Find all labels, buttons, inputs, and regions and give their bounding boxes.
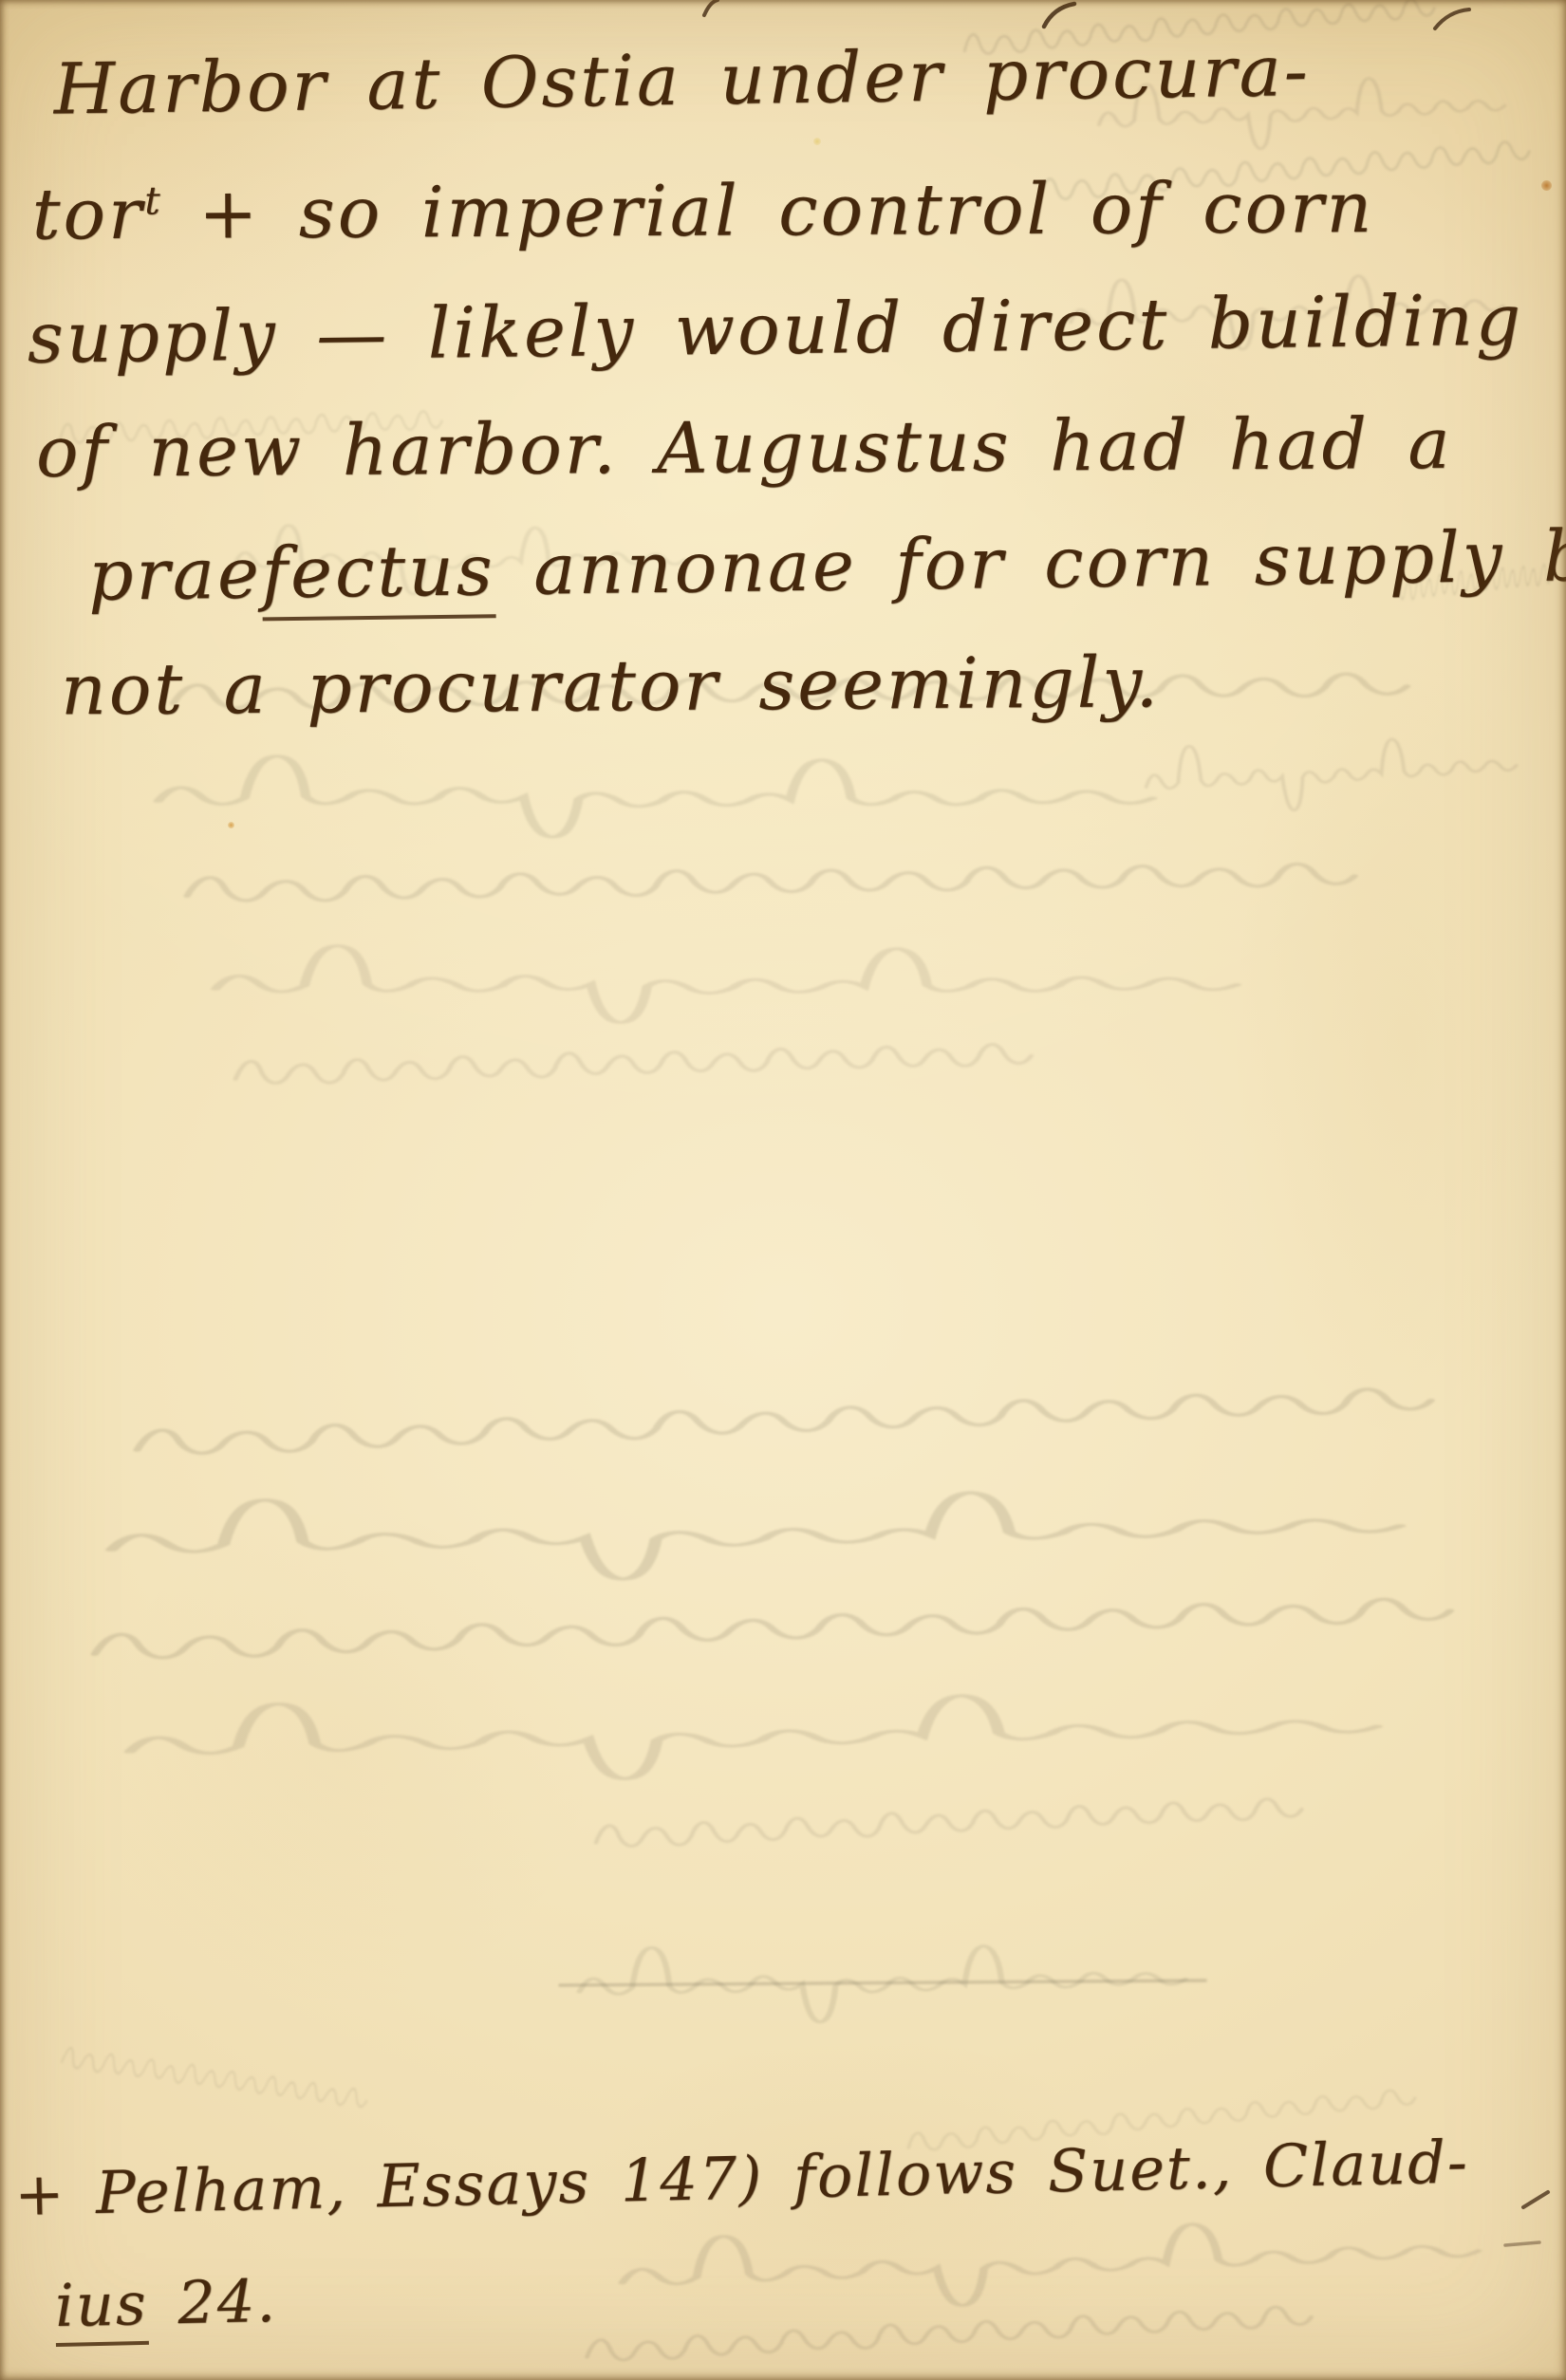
handwriting-line: tort + so imperial control of corn	[31, 135, 1555, 275]
handwriting-segment: t	[144, 177, 160, 223]
ink-mark	[704, 0, 718, 15]
handwriting-segment: tor	[31, 174, 144, 256]
handwriting-line: praefectus annonae for corn supply but	[87, 498, 1558, 636]
ghost-line	[187, 854, 1354, 910]
ghost-line	[62, 2028, 369, 2129]
ghost-line	[137, 1388, 1432, 1454]
ghost-line	[129, 1691, 1377, 1785]
handwriting-segment: not a procurator seemingly.	[61, 641, 1161, 731]
handwriting-segment: annonae for corn supply but	[494, 514, 1566, 611]
ghost-line	[215, 945, 1237, 1026]
ghost-line	[111, 1488, 1401, 1584]
ghost-line	[158, 755, 1152, 841]
handwriting-segment: prae	[87, 533, 262, 617]
handwriting-line: of new harbor. Augustus had had a	[36, 384, 1557, 512]
ghost-rule	[560, 1980, 1205, 1985]
handwriting-segment: ius	[54, 2269, 148, 2347]
ghost-line	[1145, 734, 1518, 815]
handwriting-segment: + so imperial control of corn	[160, 167, 1375, 255]
citation-note: + Pelham, Essays 147) follows Suet., Cla…	[13, 2104, 1565, 2363]
handwriting-segment: + Pelham, Essays 147) follows Suet., Cla…	[13, 2127, 1469, 2229]
handwriting-line: Harbor at Ostia under procura-	[53, 9, 1555, 149]
handwriting-segment: supply — likely would direct building	[27, 280, 1523, 380]
notebook-page: Harbor at Ostia under procura- tort + so…	[0, 0, 1566, 2380]
ghost-line	[235, 1039, 1032, 1088]
ghost-line	[94, 1599, 1450, 1659]
handwriting-segment: Harbor at Ostia under procura-	[53, 30, 1311, 131]
handwriting-segment: fectus	[261, 530, 495, 621]
ghost-line	[596, 1798, 1302, 1846]
handwriting-segment: of new harbor. Augustus had had a	[36, 403, 1453, 493]
main-note: Harbor at Ostia under procura- tort + so…	[25, 13, 1559, 752]
handwriting-line: not a procurator seemingly.	[61, 622, 1559, 751]
handwriting-line: supply — likely would direct building	[27, 261, 1556, 399]
handwriting-segment: 24.	[147, 2266, 278, 2338]
